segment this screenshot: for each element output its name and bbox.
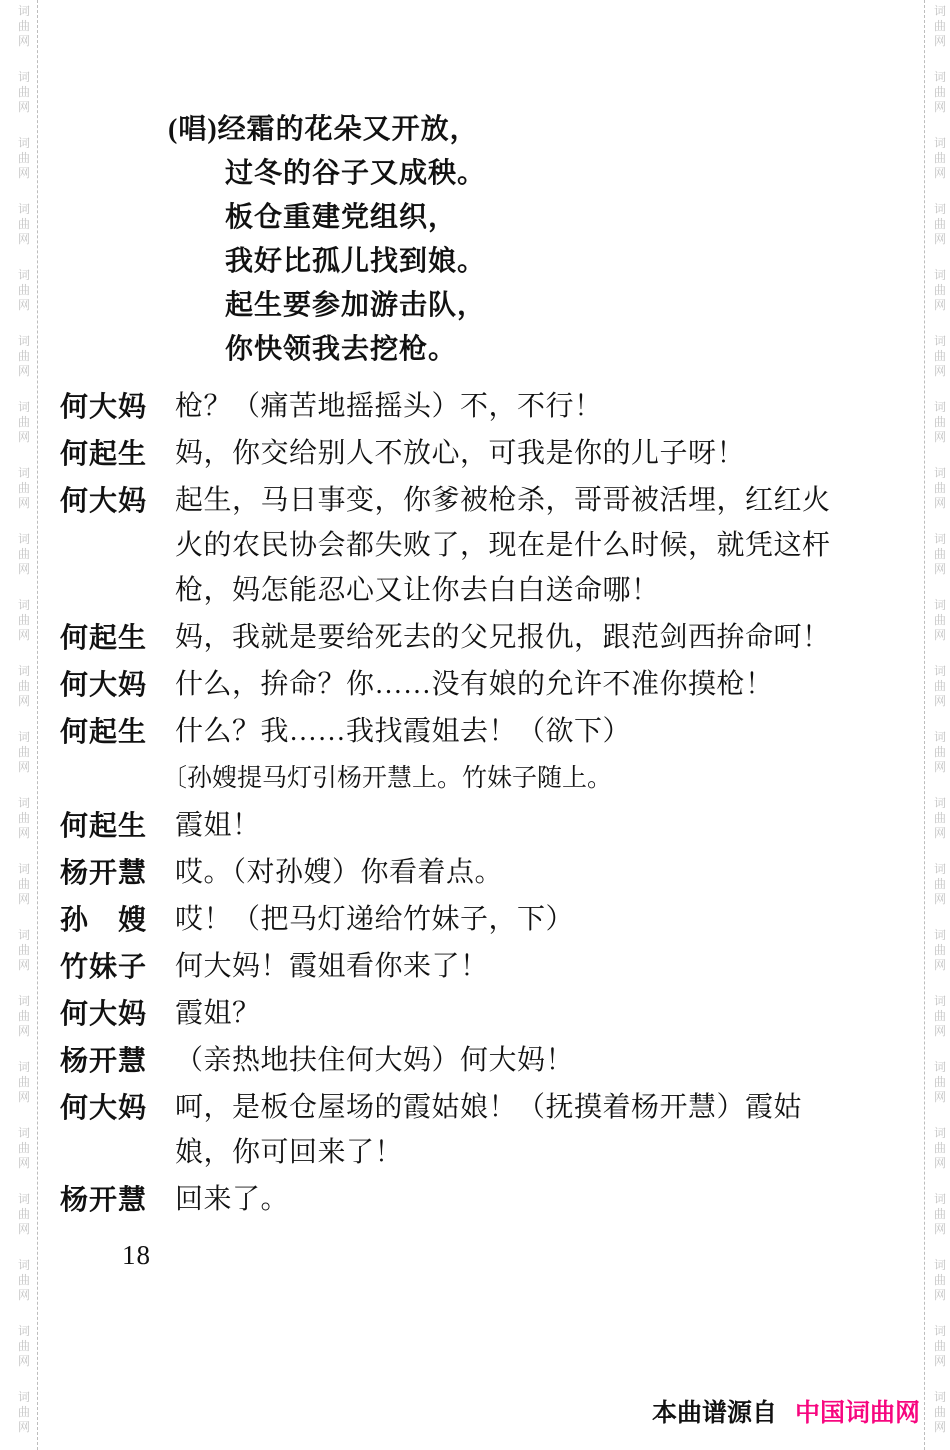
speaker-name: 何起生 (60, 431, 175, 476)
watermark-char: 网 (12, 364, 36, 379)
watermark-char: 词 (928, 400, 950, 415)
dialogue-row: 何起生什么？我……我找霞姐去！（欲下） (60, 709, 860, 754)
dialogue-row: 何大妈起生，马日事变，你爹被枪杀，哥哥被活埋，红红火火的农民协会都失败了，现在是… (60, 478, 860, 613)
watermark-char: 词 (928, 70, 950, 85)
watermark-char: 曲 (928, 415, 950, 430)
watermark-char: 曲 (928, 679, 950, 694)
verse-line-text: 你快领我去挖枪。 (225, 334, 457, 365)
watermark-char: 网 (12, 1222, 36, 1237)
watermark-char: 词 (928, 598, 950, 613)
watermark-group: 词曲网 (928, 928, 950, 973)
watermark-char: 词 (928, 730, 950, 745)
watermark-char: 词 (12, 1060, 36, 1075)
speaker-name: 何起生 (60, 803, 175, 848)
watermark-char: 网 (928, 1024, 950, 1039)
watermark-group: 词曲网 (12, 334, 36, 379)
watermark-char: 网 (12, 826, 36, 841)
watermark-char: 词 (928, 334, 950, 349)
watermark-char: 曲 (928, 877, 950, 892)
watermark-char: 网 (12, 100, 36, 115)
watermark-group: 词曲网 (12, 466, 36, 511)
watermark-char: 曲 (12, 1075, 36, 1090)
watermark-group: 词曲网 (12, 928, 36, 973)
watermark-char: 曲 (12, 151, 36, 166)
watermark-char: 词 (928, 928, 950, 943)
watermark-group: 词曲网 (928, 1390, 950, 1435)
watermark-char: 词 (12, 862, 36, 877)
watermark-char: 词 (12, 730, 36, 745)
watermark-group: 词曲网 (12, 1390, 36, 1435)
scanned-script-page: 词曲网词曲网词曲网词曲网词曲网词曲网词曲网词曲网词曲网词曲网词曲网词曲网词曲网词… (0, 0, 950, 1450)
watermark-char: 曲 (928, 811, 950, 826)
speaker-name: 何起生 (60, 615, 175, 660)
watermark-char: 词 (928, 796, 950, 811)
watermark-group: 词曲网 (12, 136, 36, 181)
speech-text: （亲热地扶住何大妈）何大妈！ (175, 1038, 835, 1083)
watermark-group: 词曲网 (928, 1060, 950, 1105)
watermark-char: 网 (12, 562, 36, 577)
watermark-group: 词曲网 (12, 994, 36, 1039)
watermark-char: 词 (12, 1324, 36, 1339)
watermark-char: 曲 (12, 481, 36, 496)
page-content: (唱)经霜的花朵又开放，过冬的谷子又成秧。板仓重建党组织，我好比孤儿找到娘。起生… (60, 108, 860, 1271)
watermark-char: 曲 (928, 151, 950, 166)
dialogue-row: 何起生妈，你交给别人不放心，可我是你的儿子呀！ (60, 431, 860, 476)
watermark-group: 词曲网 (928, 466, 950, 511)
dialogue-row: 孙 嫂哎！（把马灯递给竹妹子，下） (60, 897, 860, 942)
watermark-char: 词 (928, 1390, 950, 1405)
watermark-char: 网 (12, 694, 36, 709)
verse-line: 过冬的谷子又成秧。 (168, 152, 860, 196)
watermark-char: 词 (928, 202, 950, 217)
watermark-group: 词曲网 (12, 664, 36, 709)
watermark-group: 词曲网 (928, 730, 950, 775)
watermark-char: 曲 (928, 1273, 950, 1288)
watermark-char: 词 (928, 862, 950, 877)
speech-text: 枪？（痛苦地摇摇头）不，不行！ (175, 384, 835, 429)
watermark-char: 词 (928, 1192, 950, 1207)
watermark-char: 网 (928, 1090, 950, 1105)
left-watermark-column: 词曲网词曲网词曲网词曲网词曲网词曲网词曲网词曲网词曲网词曲网词曲网词曲网词曲网词… (12, 4, 36, 1450)
watermark-char: 词 (12, 1126, 36, 1141)
watermark-char: 曲 (12, 1339, 36, 1354)
right-watermark-column: 词曲网词曲网词曲网词曲网词曲网词曲网词曲网词曲网词曲网词曲网词曲网词曲网词曲网词… (928, 4, 950, 1450)
watermark-char: 曲 (928, 1339, 950, 1354)
watermark-group: 词曲网 (12, 1126, 36, 1171)
watermark-char: 词 (12, 334, 36, 349)
watermark-char: 曲 (12, 1405, 36, 1420)
watermark-group: 词曲网 (12, 70, 36, 115)
watermark-char: 网 (928, 1354, 950, 1369)
watermark-char: 词 (12, 400, 36, 415)
watermark-group: 词曲网 (928, 136, 950, 181)
watermark-char: 词 (12, 268, 36, 283)
speech-text: 霞姐？ (175, 991, 835, 1036)
verse-line-text: 经霜的花朵又开放， (218, 114, 479, 145)
watermark-char: 曲 (12, 811, 36, 826)
speaker-name: 何大妈 (60, 384, 175, 429)
watermark-group: 词曲网 (928, 4, 950, 49)
watermark-char: 词 (12, 4, 36, 19)
watermark-group: 词曲网 (928, 1324, 950, 1369)
dialogue-row: 何起生妈，我就是要给死去的父兄报仇，跟范剑西拚命呵！ (60, 615, 860, 660)
watermark-group: 词曲网 (928, 796, 950, 841)
speaker-name: 何起生 (60, 709, 175, 754)
watermark-char: 网 (12, 430, 36, 445)
watermark-char: 曲 (928, 1207, 950, 1222)
speaker-name: 杨开慧 (60, 1038, 175, 1083)
watermark-char: 词 (12, 598, 36, 613)
watermark-char: 词 (12, 796, 36, 811)
watermark-group: 词曲网 (928, 598, 950, 643)
watermark-char: 曲 (928, 943, 950, 958)
watermark-group: 词曲网 (928, 1126, 950, 1171)
watermark-group: 词曲网 (12, 796, 36, 841)
watermark-char: 曲 (928, 1141, 950, 1156)
watermark-char: 曲 (928, 481, 950, 496)
watermark-char: 词 (928, 1258, 950, 1273)
watermark-char: 网 (928, 958, 950, 973)
watermark-char: 网 (928, 166, 950, 181)
watermark-char: 网 (12, 1090, 36, 1105)
watermark-char: 曲 (928, 217, 950, 232)
watermark-char: 曲 (12, 613, 36, 628)
watermark-group: 词曲网 (12, 202, 36, 247)
speech-text: 什么？我……我找霞姐去！（欲下） (175, 709, 835, 754)
speaker-name: 何大妈 (60, 1085, 175, 1175)
right-dashed-rule (924, 0, 925, 1450)
dialogue-row: 何大妈枪？（痛苦地摇摇头）不，不行！ (60, 384, 860, 429)
watermark-char: 网 (12, 1420, 36, 1435)
watermark-group: 词曲网 (928, 70, 950, 115)
watermark-group: 词曲网 (12, 400, 36, 445)
speech-text: 回来了。 (175, 1177, 835, 1222)
watermark-char: 词 (928, 532, 950, 547)
speech-text: 什么，拚命？你……没有娘的允许不准你摸枪！ (175, 662, 835, 707)
verse-line: 起生要参加游击队， (168, 284, 860, 328)
watermark-group: 词曲网 (928, 862, 950, 907)
watermark-char: 网 (928, 892, 950, 907)
speech-text: 哎！（把马灯递给竹妹子，下） (175, 897, 835, 942)
watermark-char: 曲 (12, 217, 36, 232)
watermark-char: 词 (928, 136, 950, 151)
watermark-char: 曲 (928, 349, 950, 364)
watermark-char: 曲 (928, 1405, 950, 1420)
speech-text: 妈，你交给别人不放心，可我是你的儿子呀！ (175, 431, 835, 476)
dialogue-row: 何起生霞姐！ (60, 803, 860, 848)
watermark-group: 词曲网 (12, 1258, 36, 1303)
watermark-char: 网 (12, 1024, 36, 1039)
sung-verse: (唱)经霜的花朵又开放，过冬的谷子又成秧。板仓重建党组织，我好比孤儿找到娘。起生… (168, 108, 860, 372)
watermark-char: 曲 (928, 283, 950, 298)
watermark-char: 曲 (12, 349, 36, 364)
watermark-char: 曲 (12, 1009, 36, 1024)
watermark-group: 词曲网 (12, 598, 36, 643)
dialogue-row: 杨开慧（亲热地扶住何大妈）何大妈！ (60, 1038, 860, 1083)
dialogue-block: 何大妈枪？（痛苦地摇摇头）不，不行！何起生妈，你交给别人不放心，可我是你的儿子呀… (60, 384, 860, 1222)
footer-source-label: 本曲谱源自 (652, 1399, 777, 1427)
watermark-char: 词 (12, 928, 36, 943)
watermark-char: 网 (928, 364, 950, 379)
watermark-char: 曲 (928, 547, 950, 562)
verse-line-text: 我好比孤儿找到娘。 (225, 246, 486, 277)
watermark-char: 网 (12, 892, 36, 907)
verse-line-text: 起生要参加游击队， (225, 290, 486, 321)
speaker-name: 何大妈 (60, 478, 175, 613)
watermark-char: 网 (12, 496, 36, 511)
speech-text: 呵，是板仓屋场的霞姑娘！（抚摸着杨开慧）霞姑娘，你可回来了！ (175, 1085, 835, 1175)
watermark-char: 曲 (928, 85, 950, 100)
watermark-char: 网 (12, 628, 36, 643)
speaker-name: 杨开慧 (60, 1177, 175, 1222)
watermark-char: 曲 (12, 415, 36, 430)
watermark-char: 词 (12, 466, 36, 481)
watermark-char: 词 (12, 1258, 36, 1273)
verse-line-text: 板仓重建党组织， (225, 202, 457, 233)
speech-text: 何大妈！霞姐看你来了！ (175, 944, 835, 989)
watermark-char: 网 (12, 1156, 36, 1171)
watermark-char: 曲 (12, 19, 36, 34)
watermark-char: 网 (928, 628, 950, 643)
watermark-group: 词曲网 (928, 268, 950, 313)
watermark-group: 词曲网 (12, 730, 36, 775)
watermark-group: 词曲网 (928, 400, 950, 445)
watermark-char: 曲 (12, 1141, 36, 1156)
watermark-char: 词 (12, 532, 36, 547)
page-number: 18 (122, 1240, 860, 1271)
speaker-name: 孙 嫂 (60, 897, 175, 942)
watermark-group: 词曲网 (12, 1060, 36, 1105)
dialogue-row: 何大妈霞姐？ (60, 991, 860, 1036)
watermark-char: 网 (928, 1420, 950, 1435)
speaker-name: 竹妹子 (60, 944, 175, 989)
watermark-group: 词曲网 (928, 202, 950, 247)
watermark-group: 词曲网 (928, 1192, 950, 1237)
dialogue-row: 杨开慧哎。（对孙嫂）你看着点。 (60, 850, 860, 895)
watermark-char: 曲 (12, 283, 36, 298)
verse-sung-tag: (唱) (168, 114, 218, 145)
speaker-name: 何大妈 (60, 662, 175, 707)
watermark-char: 曲 (12, 547, 36, 562)
watermark-char: 网 (928, 826, 950, 841)
watermark-group: 词曲网 (12, 1192, 36, 1237)
watermark-char: 网 (928, 1288, 950, 1303)
watermark-group: 词曲网 (12, 1324, 36, 1369)
watermark-char: 曲 (928, 19, 950, 34)
watermark-char: 词 (12, 202, 36, 217)
watermark-char: 网 (928, 1222, 950, 1237)
watermark-group: 词曲网 (12, 532, 36, 577)
watermark-char: 词 (12, 70, 36, 85)
watermark-char: 曲 (928, 1075, 950, 1090)
speech-text: 妈，我就是要给死去的父兄报仇，跟范剑西拚命呵！ (175, 615, 835, 660)
watermark-group: 词曲网 (928, 664, 950, 709)
watermark-char: 词 (12, 664, 36, 679)
speech-text: 哎。（对孙嫂）你看着点。 (175, 850, 835, 895)
speaker-name: 何大妈 (60, 991, 175, 1036)
watermark-char: 网 (12, 166, 36, 181)
watermark-char: 网 (928, 100, 950, 115)
dialogue-row: 何大妈什么，拚命？你……没有娘的允许不准你摸枪！ (60, 662, 860, 707)
watermark-group: 词曲网 (928, 994, 950, 1039)
watermark-char: 网 (12, 1354, 36, 1369)
watermark-char: 网 (12, 958, 36, 973)
watermark-char: 词 (928, 664, 950, 679)
watermark-char: 网 (12, 298, 36, 313)
speech-text: 起生，马日事变，你爹被枪杀，哥哥被活埋，红红火火的农民协会都失败了，现在是什么时… (175, 478, 835, 613)
watermark-group: 词曲网 (12, 268, 36, 313)
watermark-char: 网 (12, 34, 36, 49)
verse-line: 我好比孤儿找到娘。 (168, 240, 860, 284)
watermark-group: 词曲网 (928, 334, 950, 379)
watermark-char: 词 (12, 1192, 36, 1207)
watermark-char: 网 (12, 1288, 36, 1303)
left-dashed-rule (37, 0, 38, 1450)
watermark-char: 词 (12, 1390, 36, 1405)
dialogue-row: 何大妈呵，是板仓屋场的霞姑娘！（抚摸着杨开慧）霞姑娘，你可回来了！ (60, 1085, 860, 1175)
watermark-char: 曲 (12, 1207, 36, 1222)
stage-direction: 〔孙嫂提马灯引杨开慧上。竹妹子随上。 (162, 756, 860, 801)
watermark-char: 词 (928, 1126, 950, 1141)
speaker-name: 杨开慧 (60, 850, 175, 895)
watermark-char: 词 (928, 4, 950, 19)
watermark-char: 曲 (928, 1009, 950, 1024)
watermark-char: 曲 (12, 943, 36, 958)
footer-brand: 中国词曲网 (795, 1399, 920, 1427)
dialogue-row: 竹妹子何大妈！霞姐看你来了！ (60, 944, 860, 989)
watermark-char: 曲 (12, 745, 36, 760)
watermark-char: 网 (928, 298, 950, 313)
watermark-char: 曲 (928, 613, 950, 628)
watermark-char: 词 (12, 994, 36, 1009)
footer-source-line: 本曲谱源自中国词曲网 (652, 1393, 920, 1429)
watermark-char: 曲 (12, 679, 36, 694)
dialogue-row: 杨开慧回来了。 (60, 1177, 860, 1222)
verse-line-text: 过冬的谷子又成秧。 (225, 158, 486, 189)
watermark-char: 词 (928, 466, 950, 481)
watermark-char: 曲 (928, 745, 950, 760)
watermark-group: 词曲网 (12, 862, 36, 907)
watermark-group: 词曲网 (12, 4, 36, 49)
watermark-group: 词曲网 (928, 1258, 950, 1303)
watermark-char: 词 (928, 994, 950, 1009)
verse-line: 板仓重建党组织， (168, 196, 860, 240)
watermark-char: 网 (928, 232, 950, 247)
watermark-char: 网 (928, 562, 950, 577)
speech-text: 霞姐！ (175, 803, 835, 848)
watermark-char: 网 (12, 232, 36, 247)
verse-line: (唱)经霜的花朵又开放， (168, 108, 860, 152)
watermark-char: 网 (928, 694, 950, 709)
watermark-char: 词 (928, 1324, 950, 1339)
watermark-char: 网 (928, 34, 950, 49)
watermark-group: 词曲网 (928, 532, 950, 577)
watermark-char: 曲 (12, 877, 36, 892)
watermark-char: 网 (928, 1156, 950, 1171)
watermark-char: 曲 (12, 85, 36, 100)
watermark-char: 词 (928, 1060, 950, 1075)
verse-line: 你快领我去挖枪。 (168, 328, 860, 372)
watermark-char: 网 (928, 760, 950, 775)
watermark-char: 网 (928, 496, 950, 511)
watermark-char: 网 (928, 430, 950, 445)
watermark-char: 曲 (12, 1273, 36, 1288)
watermark-char: 词 (928, 268, 950, 283)
watermark-char: 词 (12, 136, 36, 151)
watermark-char: 网 (12, 760, 36, 775)
